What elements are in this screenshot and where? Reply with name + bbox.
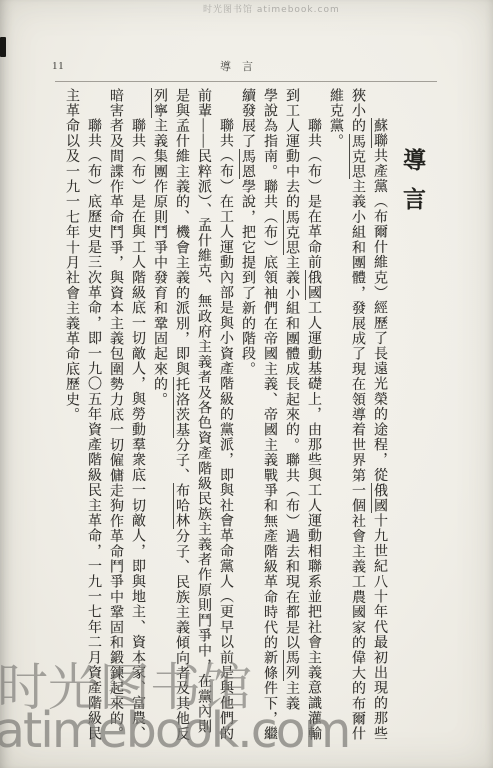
text-column: 聯共（布）是在革命前俄國工人運動基礎上，由那些與工人運動相聯系並把社會主義意識灌… — [302, 88, 324, 744]
text-run: 狹小的 — [350, 88, 365, 134]
text-run: 是與孟什維主義的、機會主義的派別，即與 — [174, 88, 189, 377]
text-run: 維克黨。 — [328, 88, 343, 149]
text-column: 到工人運動中去的馬克思主義小組和團體成長起來的。聯共（布）過去和現在都是以馬列主… — [280, 88, 302, 744]
running-head: 導 言 — [0, 58, 473, 74]
text-run: 十九世紀八十年代最初出現的那些 — [372, 513, 387, 741]
proper-noun-marked-text: 列寧 — [151, 88, 167, 118]
text-column: 狹小的馬克思主義小組和團體，發展成了現在領導着世界第一個社會主義工農國家的偉大的… — [346, 88, 368, 744]
proper-noun-marked-text: 馬克思 — [283, 210, 299, 256]
text-column: 學說為指南。聯共（布）底領袖們在帝國主義、帝國主義戰爭和無產階級革命時代的新條件… — [258, 88, 280, 744]
text-run: 到工人運動中去的 — [284, 88, 299, 210]
watermark-top: 时光图书馆 atimebook.com — [203, 2, 340, 15]
proper-noun-marked-text: 俄國 — [305, 270, 321, 300]
proper-noun-marked-text: 馬克思 — [349, 134, 365, 180]
text-run: 續發展了 — [240, 88, 255, 149]
scan-edge-artifact — [0, 37, 6, 57]
text-run: 主義小組和團體，發展成了現在領導着世界第一個社會主義工農國家的偉大的布爾什 — [350, 179, 365, 741]
text-run: 分子、 — [174, 438, 189, 484]
text-run: 暗害者及間諜作革命鬥爭，與資本主義包圍勢力底一切僱傭走狗作革命鬥爭中鞏固和鍛鍊起… — [108, 88, 123, 742]
text-run: 前輩——民粹派）、孟什維克、無政府主義者及各色資產階級民族主義者作原則鬥爭中，在… — [196, 88, 211, 735]
text-column: 蘇聯共產黨（布爾什維克）經歷了長遠光榮的途程，從俄國十九世紀八十年代最初出現的那… — [368, 88, 390, 744]
text-run: 主革命以及一九一七年十月社會主義革命底歷史。 — [64, 88, 79, 422]
proper-noun-marked-text: 馬列 — [283, 650, 299, 680]
proper-noun-marked-text: 布哈林 — [173, 483, 189, 529]
text-run: 聯共（布）是在革命前 — [306, 118, 321, 270]
text-run: 共產黨（布爾什維克）經歷了長遠光榮的途程，從 — [372, 148, 387, 482]
watermark-site-url: atimebook.com — [0, 702, 349, 759]
proper-noun-marked-text: 俄國 — [371, 483, 387, 513]
text-run: 學說為指南。聯共（布）底領袖們在帝國主義、帝國主義戰爭和無產階級革命時代的新條件… — [262, 88, 277, 742]
text-column: 維克黨。 — [324, 88, 346, 744]
text-run: 主義集團作原則鬥爭中發育和鞏固起來的。 — [152, 118, 167, 407]
proper-noun-marked-text: 托洛茨基 — [173, 377, 189, 438]
proper-noun-marked-text: 馬恩 — [239, 149, 255, 179]
header-divider — [55, 81, 437, 82]
text-run: 學說，把它提到了新的階段。 — [240, 179, 255, 377]
text-run: 工人運動基礎上，由那些與工人運動相聯系並把社會主義意識灌輸 — [306, 300, 321, 741]
chapter-title: 導言 — [396, 148, 429, 268]
text-run: 主義小組和團體成長起來的。聯共（布）過去和現在都是以 — [284, 255, 299, 650]
proper-noun-marked-text: 蘇聯 — [371, 118, 387, 148]
